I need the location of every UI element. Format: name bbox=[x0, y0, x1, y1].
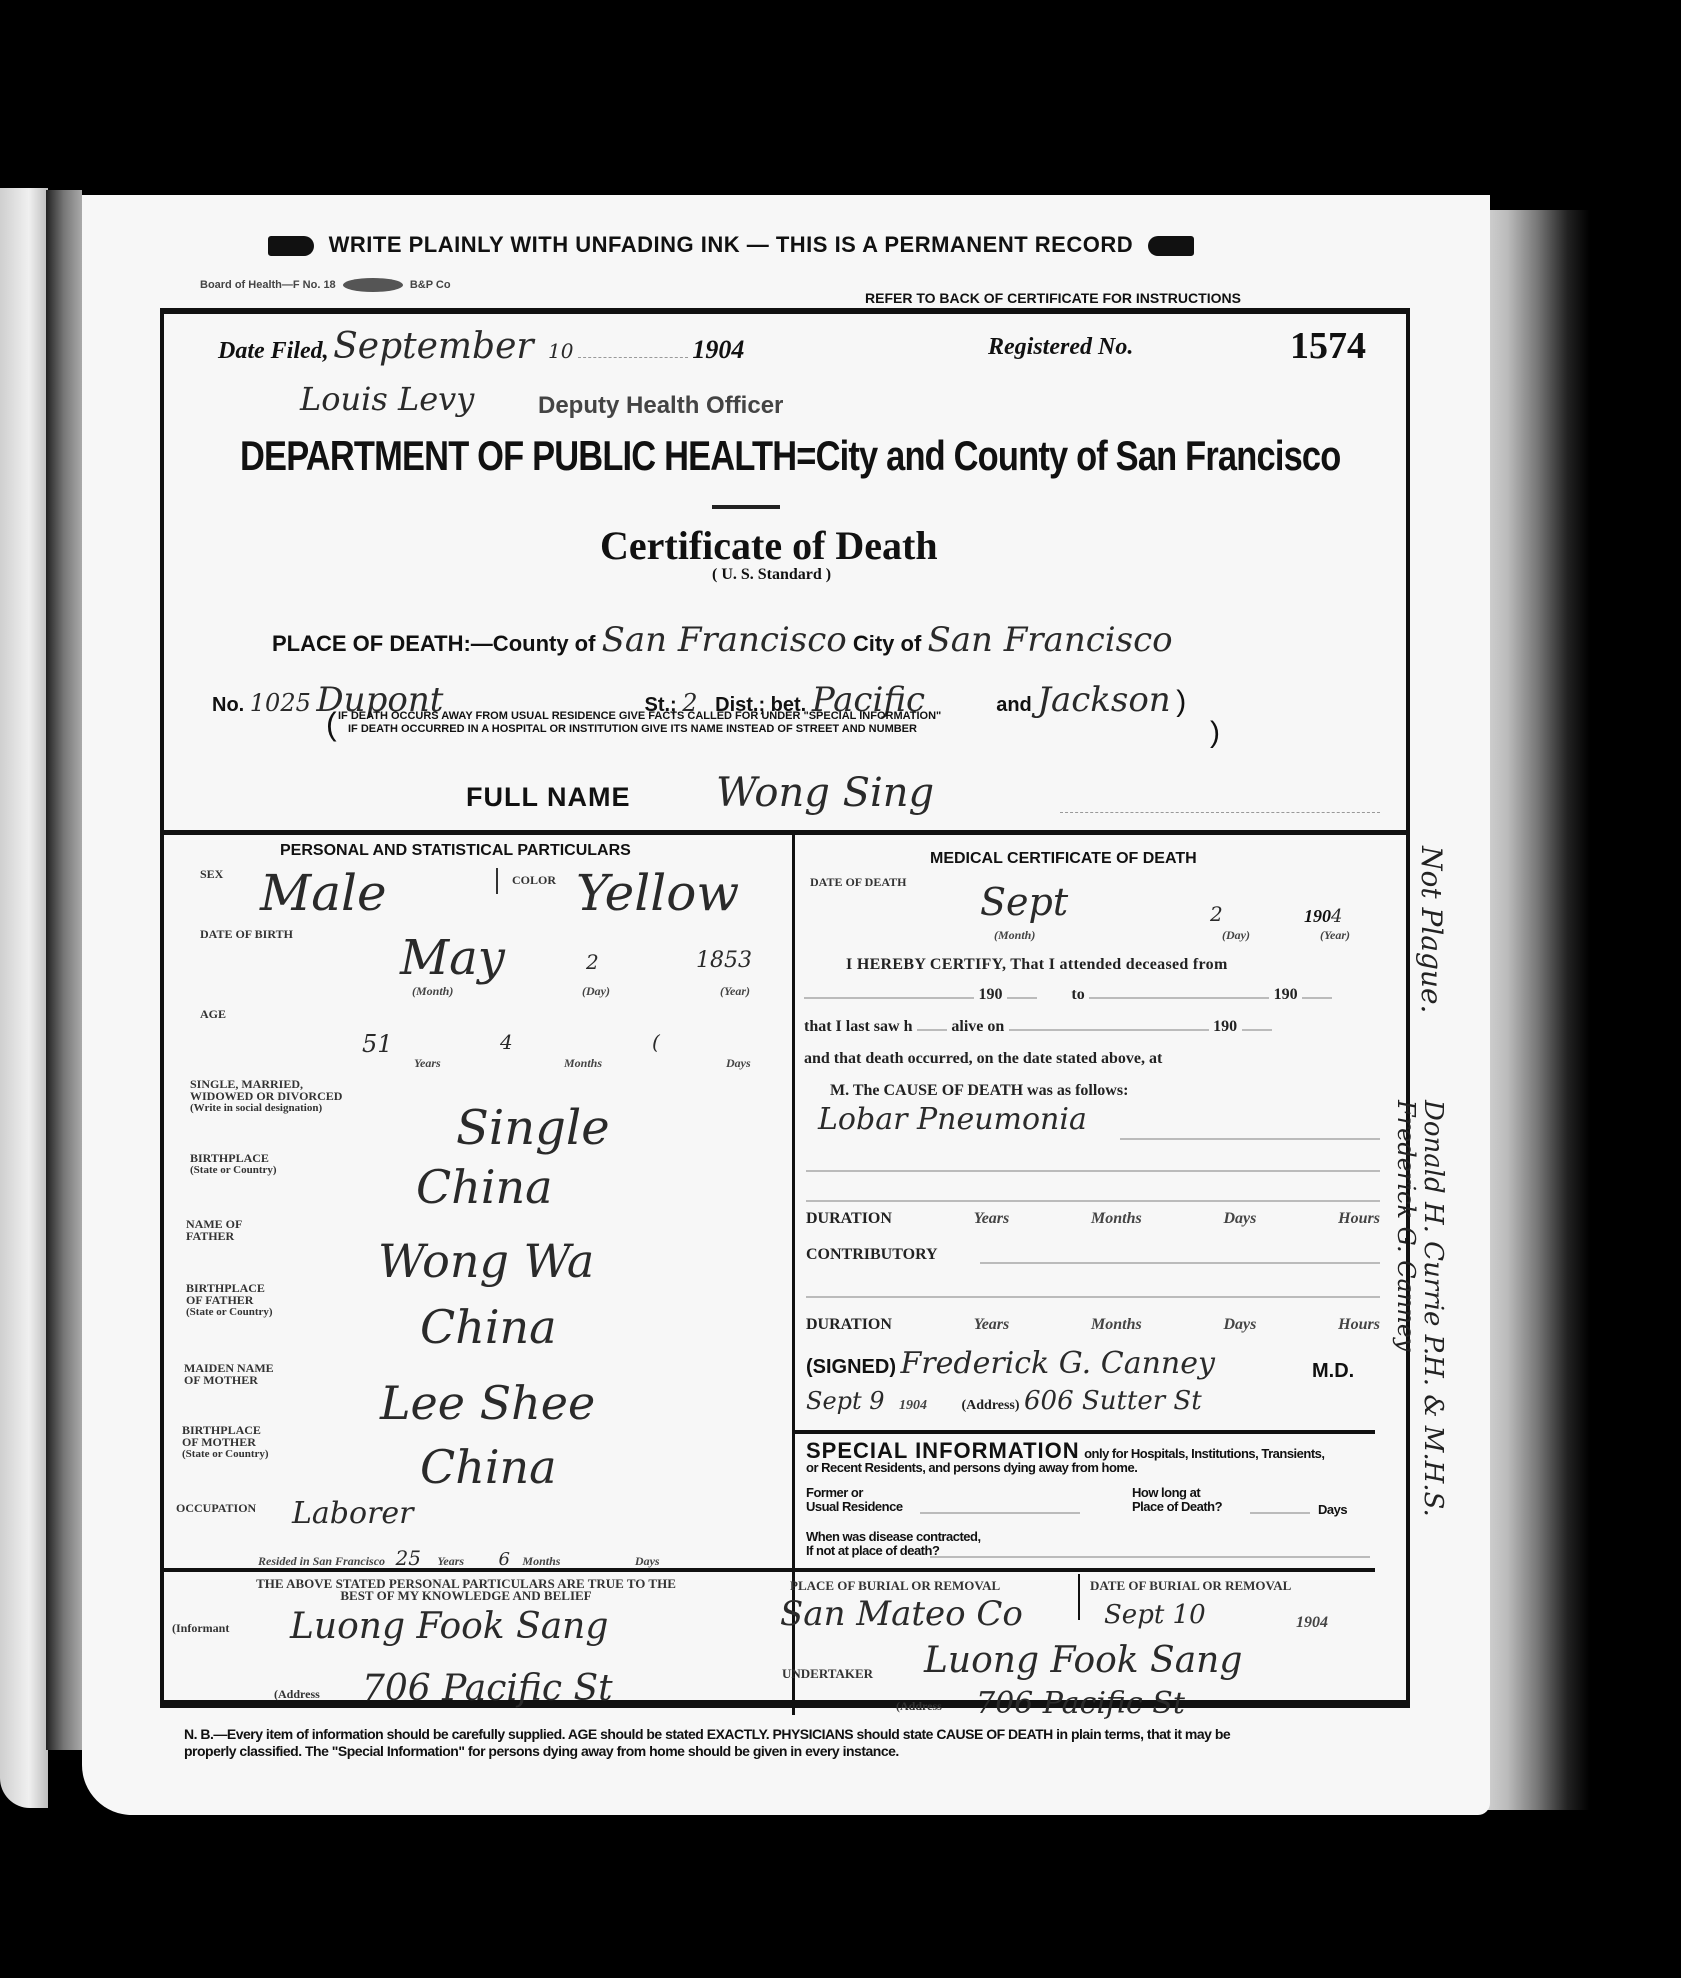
department-title: DEPARTMENT OF PUBLIC HEALTH=City and Cou… bbox=[240, 432, 1340, 480]
duration-row-2: DURATION Years Months Days Hours bbox=[806, 1316, 1380, 1334]
margin-note-health-officer: Donald H. Currie P.H. & M.H.S. bbox=[1418, 1100, 1448, 1517]
form-id: Board of Health—F No. 18 B&P Co bbox=[200, 278, 451, 292]
pointing-hand-icon bbox=[1148, 236, 1194, 256]
date-filed-year: 1904 bbox=[692, 335, 744, 364]
place-of-death-row: PLACE OF DEATH:—County of San Francisco … bbox=[272, 620, 1173, 660]
marital-label: SINGLE, MARRIED, WIDOWED OR DIVORCED (Wr… bbox=[190, 1078, 342, 1114]
dob-day: 2 bbox=[586, 950, 599, 974]
undertaker-address-value: 706 Pacific St bbox=[976, 1686, 1185, 1721]
place-note: IF DEATH OCCURS AWAY FROM USUAL RESIDENC… bbox=[338, 710, 941, 736]
attestation: THE ABOVE STATED PERSONAL PARTICULARS AR… bbox=[176, 1578, 756, 1602]
registered-row: Registered No. bbox=[988, 334, 1133, 361]
undertaker-value: Luong Fook Sang bbox=[924, 1640, 1242, 1681]
certify-line: I HEREBY CERTIFY, That I attended deceas… bbox=[846, 956, 1228, 974]
deputy-signature: Louis Levy bbox=[300, 380, 474, 418]
age-years: 51 bbox=[362, 1030, 393, 1058]
resided-years: 25 bbox=[395, 1546, 420, 1570]
dob-year: 1853 bbox=[696, 948, 752, 973]
informant-value: Luong Fook Sang bbox=[290, 1606, 608, 1647]
physician-address: 606 Sutter St bbox=[1024, 1386, 1202, 1416]
deputy-title: Deputy Health Officer bbox=[538, 392, 783, 420]
mother-name-value: Lee Shee bbox=[380, 1376, 595, 1430]
dod-day: 2 bbox=[1210, 902, 1223, 926]
resided-row: Resided in San Francisco 25 Years 6 Mont… bbox=[258, 1546, 660, 1570]
burial-date-value: Sept 10 bbox=[1104, 1600, 1206, 1630]
informant-address-value: 706 Pacific St bbox=[362, 1668, 613, 1709]
duration-row-1: DURATION Years Months Days Hours bbox=[806, 1210, 1380, 1228]
book-gutter bbox=[46, 190, 82, 1750]
mother-birthplace-value: China bbox=[420, 1440, 557, 1494]
footer-nb: N. B.—Every item of information should b… bbox=[184, 1726, 1274, 1760]
father-name-value: Wong Wa bbox=[378, 1234, 594, 1288]
left-page-edge bbox=[0, 188, 48, 1808]
color-value: Yellow bbox=[576, 864, 739, 922]
title-rule bbox=[712, 505, 780, 509]
dod-month: Sept bbox=[980, 880, 1068, 924]
physician-name: Frederick G. Canney bbox=[900, 1346, 1214, 1381]
father-birthplace-value: China bbox=[420, 1300, 557, 1354]
dod-year: 1904 bbox=[1304, 906, 1342, 927]
sex-value: Male bbox=[260, 864, 387, 922]
margin-note-not-plague: Not Plague. bbox=[1415, 846, 1448, 1013]
marital-value: Single bbox=[456, 1100, 610, 1156]
attended-dates-row: 190 to 190 bbox=[804, 986, 1384, 1004]
county-value: San Francisco bbox=[602, 620, 847, 660]
city-value: San Francisco bbox=[927, 620, 1172, 660]
personal-heading: PERSONAL AND STATISTICAL PARTICULARS bbox=[280, 842, 631, 860]
signed-date: Sept 9 bbox=[806, 1387, 885, 1415]
burial-year-value: 1904 bbox=[1296, 1614, 1328, 1632]
date-filed-day: 10 bbox=[548, 339, 573, 363]
full-name-label: FULL NAME bbox=[466, 782, 631, 813]
physician-signature-row: (SIGNED) Frederick G. Canney bbox=[806, 1346, 1215, 1381]
birthplace-value: China bbox=[416, 1160, 553, 1214]
resided-months: 6 bbox=[499, 1549, 510, 1570]
age-months: 4 bbox=[500, 1030, 513, 1054]
certificate-title: Certificate of Death bbox=[600, 522, 938, 569]
cause-of-death-value: Lobar Pneumonia bbox=[818, 1102, 1087, 1137]
refer-note: REFER TO BACK OF CERTIFICATE FOR INSTRUC… bbox=[865, 290, 1241, 306]
street-number: 1025 bbox=[250, 689, 311, 717]
dob-month: May bbox=[400, 930, 505, 986]
physician-date-address-row: Sept 9 1904 (Address) 606 Sutter St bbox=[806, 1386, 1202, 1416]
section-divider bbox=[164, 830, 1406, 835]
printer-seal-icon bbox=[343, 278, 403, 292]
pointing-hand-icon bbox=[268, 236, 314, 256]
date-filed-month: September bbox=[333, 326, 533, 367]
last-saw-row: that I last saw h alive on 190 bbox=[804, 1018, 1272, 1036]
between-street-2: Jackson bbox=[1037, 680, 1170, 720]
full-name-value: Wong Sing bbox=[716, 770, 934, 816]
header-banner: WRITE PLAINLY WITH UNFADING INK — THIS I… bbox=[260, 232, 1360, 258]
burial-place-value: San Mateo Co bbox=[780, 1594, 1023, 1634]
registered-number: 1574 bbox=[1290, 324, 1366, 368]
age-days: ( bbox=[652, 1030, 660, 1054]
medical-heading: MEDICAL CERTIFICATE OF DEATH bbox=[930, 850, 1197, 868]
occupation-value: Laborer bbox=[292, 1496, 414, 1531]
standard-subtitle: ( U. S. Standard ) bbox=[712, 566, 831, 584]
date-filed-row: Date Filed, September 10 1904 bbox=[218, 326, 744, 367]
margin-note-physician: Frederick G. Canney bbox=[1392, 1100, 1420, 1352]
